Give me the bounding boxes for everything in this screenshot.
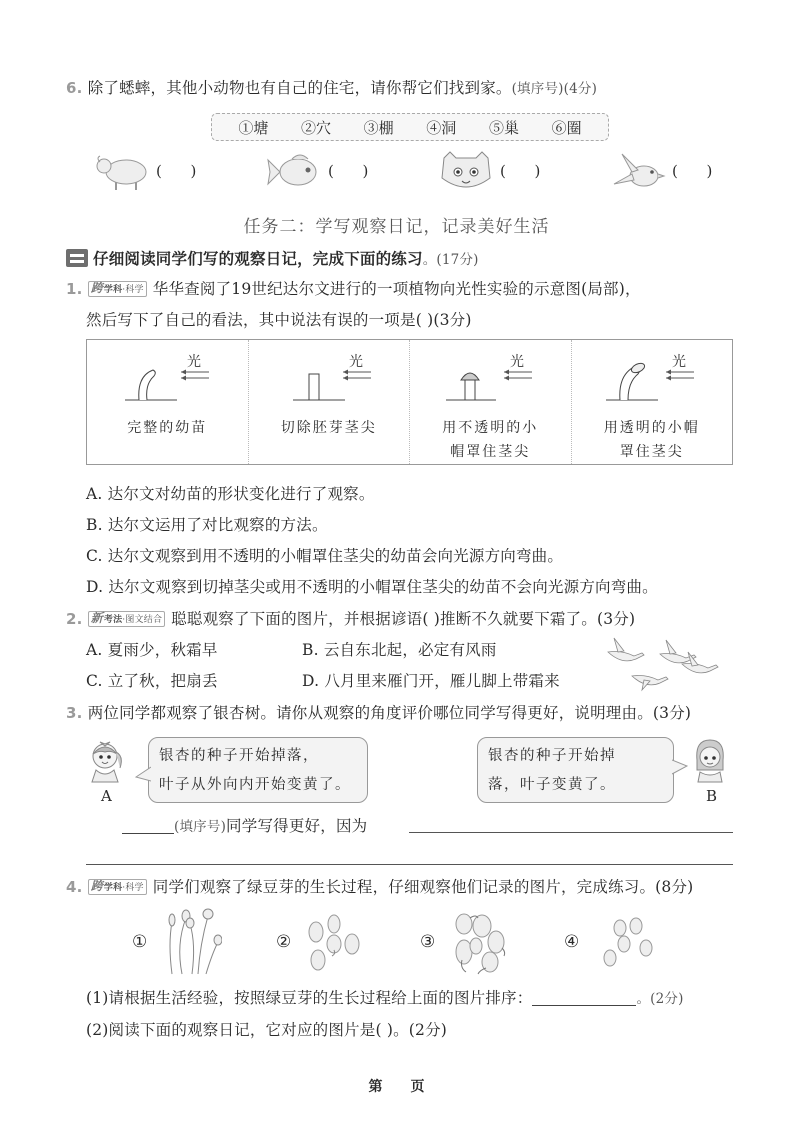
q2-option-b: B. 云自东北起，必定有风雨 <box>302 640 497 660</box>
q1-prompt-line2: 然后写下了自己的看法，其中说法有误的一项是( )(3分) <box>86 310 472 330</box>
cell-label: 完整的幼苗 <box>87 416 248 440</box>
question-number: 4. <box>66 878 83 896</box>
q2-option-c: C. 立了秋，把扇丢 <box>86 671 218 691</box>
option-item: ①塘 <box>238 117 268 138</box>
q1-prompt-line1: 1. 跨学科·科学华华查阅了19世纪达尔文进行的一项植物向光性实验的示意图(局部… <box>66 279 641 299</box>
diagram-cell-tip-removed: 光 切除胚芽茎尖 <box>249 340 411 464</box>
habitat-options-box: ①塘 ②穴 ③棚 ④洞 ⑤巢 ⑥圈 <box>211 113 609 141</box>
seedling-curved-icon: 光 <box>87 340 248 410</box>
phototropism-diagram: 光 完整的幼苗 光 切除胚芽茎尖 光 用不透明的小 帽罩住茎尖 <box>86 339 733 465</box>
animal-cat-row: ( ) <box>436 150 540 192</box>
q1-option-c: C. 达尔文观察到用不透明的小帽罩住茎尖的幼苗会向光源方向弯曲。 <box>86 546 563 566</box>
section-heading-text: 仔细阅读同学们写的观察日记，完成下面的练习 <box>93 250 423 268</box>
new-format-tag: 新考法·图文结合 <box>88 611 165 627</box>
question-note: (填序号)(4分) <box>512 81 597 97</box>
bird-icon <box>608 150 668 192</box>
student-a-speech-bubble: 银杏的种子开始掉落， 叶子从外向内开始变黄了。 <box>148 737 368 803</box>
answer-blank[interactable]: ( ) <box>672 162 712 180</box>
question-text: 华华查阅了19世纪达尔文进行的一项植物向光性实验的示意图(局部)， <box>153 280 641 298</box>
svg-text:光: 光 <box>187 353 201 370</box>
diagram-cell-opaque-cap: 光 用不透明的小 帽罩住茎尖 <box>410 340 572 464</box>
footer-page-prefix: 第 <box>369 1079 383 1095</box>
student-a-label: A <box>101 786 112 806</box>
sprouting-beans-icon <box>450 910 520 976</box>
q4-prompt: 4. 跨学科·科学同学们观察了绿豆芽的生长过程，仔细观察他们记录的图片，完成练习… <box>66 877 693 897</box>
answer-text: 同学写得更好，因为 <box>226 817 367 835</box>
sub-question-text: (1)请根据生活经验，按照绿豆芽的生长过程给上面的图片排序： <box>86 989 532 1007</box>
girl-a-avatar-icon <box>88 738 124 784</box>
dry-beans-icon <box>600 916 660 972</box>
soaked-beans-icon <box>304 914 364 974</box>
question-text: 两位同学都观察了银杏树。请你从观察的角度评价哪位同学写得更好，说明理由。(3分) <box>88 704 691 722</box>
q1-option-d: D. 达尔文观察到切掉茎尖或用不透明的小帽罩住茎尖的幼苗不会向光源方向弯曲。 <box>86 577 658 597</box>
svg-text:光: 光 <box>349 353 363 370</box>
q1-option-b: B. 达尔文运用了对比观察的方法。 <box>86 515 328 535</box>
q3-answer-line: (填序号)同学写得更好，因为 <box>122 816 367 837</box>
picture-number: ④ <box>564 932 579 952</box>
reason-answer-line-2[interactable] <box>86 864 733 865</box>
answer-blank[interactable]: ( ) <box>328 162 368 180</box>
cell-label: 用透明的小帽 罩住茎尖 <box>572 416 733 464</box>
picture-number: ① <box>132 932 147 952</box>
reason-answer-line-1[interactable] <box>409 832 733 833</box>
section-score: 。(17分) <box>423 252 479 268</box>
student-b-label: B <box>706 786 717 806</box>
q2-prompt: 2. 新考法·图文结合聪聪观察了下面的图片，并根据谚语( )推断不久就要下霜了。… <box>66 609 635 629</box>
q4-sub1: (1)请根据生活经验，按照绿豆芽的生长过程给上面的图片排序：。(2分) <box>86 988 684 1009</box>
option-item: ⑥圈 <box>552 117 582 138</box>
question-text: 聪聪观察了下面的图片，并根据谚语( )推断不久就要下霜了。(3分) <box>171 610 635 628</box>
question-number: 3. <box>66 704 83 722</box>
animal-sheep-row: ( ) <box>92 150 196 192</box>
animal-fish-row: ( ) <box>264 150 368 192</box>
q6-prompt: 6. 除了蟋蟀，其他小动物也有自己的住宅，请你帮它们找到家。(填序号)(4分) <box>66 78 597 99</box>
wild-geese-icon <box>600 632 735 692</box>
question-text: 同学们观察了绿豆芽的生长过程，仔细观察他们记录的图片，完成练习。(8分) <box>153 878 694 896</box>
order-answer-blank[interactable] <box>532 989 636 1006</box>
q2-option-a: A. 夏雨少，秋霜早 <box>86 640 218 660</box>
svg-text:光: 光 <box>672 353 686 370</box>
answer-note: (填序号) <box>174 819 226 835</box>
q2-option-d: D. 八月里来雁门开，雁儿脚上带霜来 <box>302 671 560 691</box>
page-footer: 第页 <box>0 1076 793 1096</box>
sub-question-score: 。(2分) <box>636 991 683 1007</box>
question-text: 除了蟋蟀，其他小动物也有自己的住宅，请你帮它们找到家。 <box>88 79 512 97</box>
q1-option-a: A. 达尔文对幼苗的形状变化进行了观察。 <box>86 484 375 504</box>
task-title: 任务二：学写观察日记，记录美好生活 <box>0 212 793 237</box>
answer-blank-student[interactable] <box>122 817 174 834</box>
diagram-cell-intact: 光 完整的幼苗 <box>87 340 249 464</box>
diagram-cell-transparent-cap: 光 用透明的小帽 罩住茎尖 <box>572 340 733 464</box>
q4-sub2: (2)阅读下面的观察日记，它对应的图片是( )。(2分) <box>86 1020 447 1040</box>
option-item: ⑤巢 <box>489 117 519 138</box>
cross-subject-tag: 跨学科·科学 <box>88 281 147 297</box>
option-item: ④洞 <box>426 117 456 138</box>
picture-number: ② <box>276 932 291 952</box>
answer-blank[interactable]: ( ) <box>156 162 196 180</box>
tall-bean-sprouts-icon <box>162 908 222 976</box>
answer-blank[interactable]: ( ) <box>500 162 540 180</box>
seedling-cut-icon: 光 <box>249 340 410 410</box>
cell-label: 切除胚芽茎尖 <box>249 416 410 440</box>
animal-bird-row: ( ) <box>608 150 712 192</box>
section-two-marker-icon <box>66 249 88 267</box>
option-item: ③棚 <box>364 117 394 138</box>
svg-text:光: 光 <box>510 353 524 370</box>
cross-subject-tag: 跨学科·科学 <box>88 879 147 895</box>
seedling-opaque-cap-icon: 光 <box>410 340 571 410</box>
student-b-speech-bubble: 银杏的种子开始掉 落，叶子变黄了。 <box>477 737 674 803</box>
girl-b-avatar-icon <box>692 738 728 784</box>
sheep-icon <box>92 150 152 192</box>
bubble-pointer-icon <box>672 758 688 778</box>
cell-label: 用不透明的小 帽罩住茎尖 <box>410 416 571 464</box>
footer-page-suffix: 页 <box>411 1079 425 1095</box>
fish-icon <box>264 150 324 192</box>
picture-number: ③ <box>420 932 435 952</box>
cat-icon <box>436 150 496 192</box>
seedling-transparent-cap-icon: 光 <box>572 340 733 410</box>
section-heading: 仔细阅读同学们写的观察日记，完成下面的练习。(17分) <box>66 249 479 270</box>
bubble-pointer-icon <box>135 765 151 785</box>
question-number: 1. <box>66 280 83 298</box>
question-number: 6. <box>66 79 83 97</box>
option-item: ②穴 <box>301 117 331 138</box>
q3-prompt: 3. 两位同学都观察了银杏树。请你从观察的角度评价哪位同学写得更好，说明理由。(… <box>66 703 691 723</box>
question-number: 2. <box>66 610 83 628</box>
